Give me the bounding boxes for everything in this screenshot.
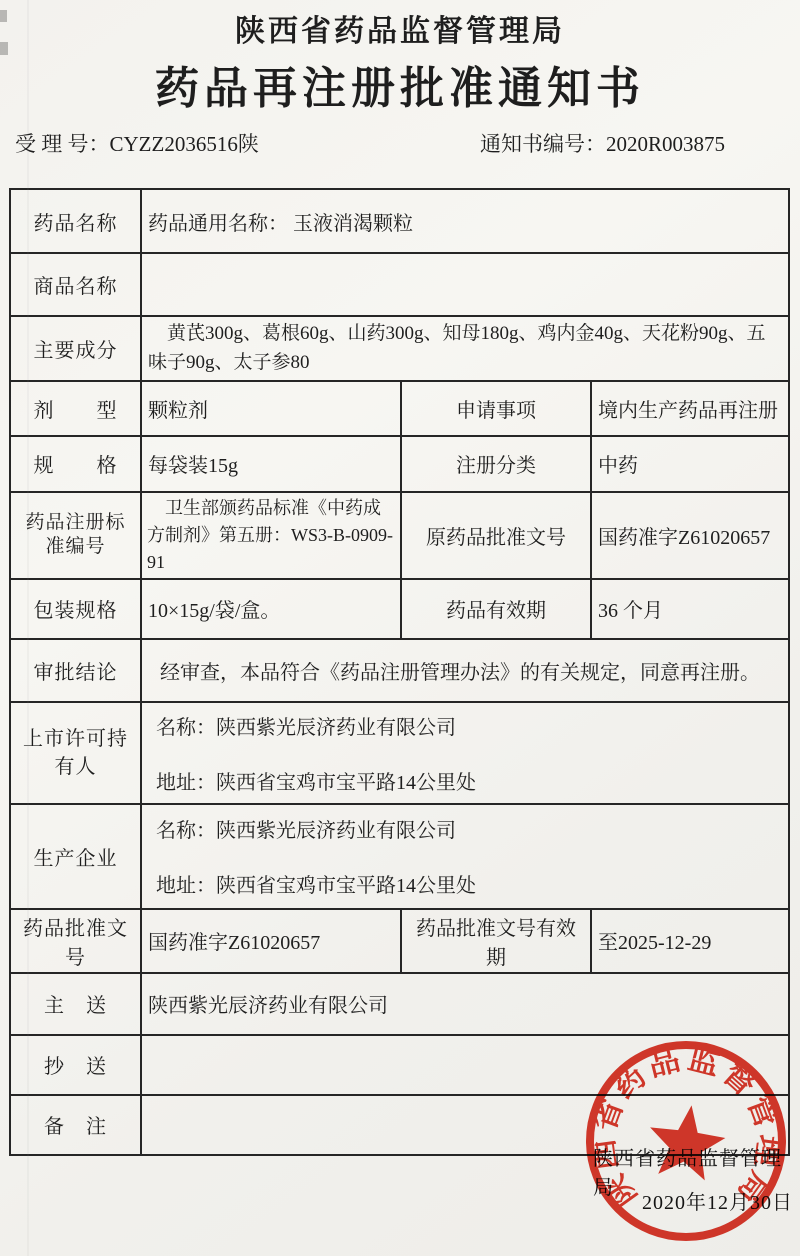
row-label-conclusion: 审批结论 (10, 639, 141, 702)
row-label-trade-name: 商品名称 (10, 253, 141, 316)
main-recipient-value: 陕西紫光辰济药业有限公司 (141, 973, 789, 1035)
row-label-specification: 规 格 (10, 436, 141, 492)
registration-class-value: 中药 (591, 436, 789, 492)
table-row: 规 格 每袋装15g 注册分类 中药 (10, 436, 789, 492)
scan-edge-shade (27, 0, 29, 1256)
row-label-standard-no: 药品注册标准编号 (10, 492, 141, 579)
document-page: 陕西省药品监督管理局 药品再注册批准通知书 受 理 号：CYZZ2036516陕… (0, 0, 800, 1256)
scan-artifact (0, 10, 7, 22)
table-row: 包装规格 10×15g/袋/盒。 药品有效期 36 个月 (10, 579, 789, 639)
application-item-value: 境内生产药品再注册 (591, 381, 789, 436)
seal-star-icon (644, 1100, 729, 1182)
table-row: 药品注册标准编号 卫生部颁药品标准《中药成方制剂》第五册：WS3-B-0909-… (10, 492, 789, 579)
row-label-copy-recipient: 抄 送 (10, 1035, 141, 1095)
official-seal: 陕西省药品监督管理局 (574, 1029, 798, 1253)
ingredients-cell: 黄芪300g、葛根60g、山药300g、知母180g、鸡内金40g、天花粉90g… (141, 316, 789, 381)
trade-name-value (141, 253, 789, 316)
table-row: 主要成分 黄芪300g、葛根60g、山药300g、知母180g、鸡内金40g、天… (10, 316, 789, 381)
table-row: 主 送 陕西紫光辰济药业有限公司 (10, 973, 789, 1035)
notice-number: 通知书编号：2020R003875 (480, 128, 725, 158)
table-row: 上市许可持有人 名称：陕西紫光辰济药业有限公司 地址：陕西省宝鸡市宝平路14公里… (10, 702, 789, 804)
approval-table: 药品名称 药品通用名称： 玉液消渴颗粒 商品名称 主要成分 黄芪300g、葛根6… (9, 188, 790, 1156)
original-approval-no-value: 国药准字Z61020657 (591, 492, 789, 579)
specification-value: 每袋装15g (141, 436, 401, 492)
acceptance-value: CYZZ2036516陕 (110, 132, 259, 156)
license-holder-cell: 名称：陕西紫光辰济药业有限公司 地址：陕西省宝鸡市宝平路14公里处 (141, 702, 789, 804)
row-label-original-approval-no: 原药品批准文号 (401, 492, 591, 579)
conclusion-value: 经审查，本品符合《药品注册管理办法》的有关规定，同意再注册。 (141, 639, 789, 702)
acceptance-number: 受 理 号：CYZZ2036516陕 (15, 128, 259, 158)
row-label-main-recipient: 主 送 (10, 973, 141, 1035)
standard-no-cell: 卫生部颁药品标准《中药成方制剂》第五册：WS3-B-0909-91 (141, 492, 401, 579)
row-label-ingredients: 主要成分 (10, 316, 141, 381)
scan-artifact (0, 42, 8, 55)
manufacturer-address: 地址：陕西省宝鸡市宝平路14公里处 (148, 869, 782, 898)
approval-no-validity-value: 至2025-12-29 (591, 909, 789, 973)
approval-no-value: 国药准字Z61020657 (141, 909, 401, 973)
manufacturer-name: 名称：陕西紫光辰济药业有限公司 (148, 814, 782, 843)
row-label-application-item: 申请事项 (401, 381, 591, 436)
row-label-package-spec: 包装规格 (10, 579, 141, 639)
validity-value: 36 个月 (591, 579, 789, 639)
row-label-drug-name: 药品名称 (10, 189, 141, 253)
table-row: 药品批准文号 国药准字Z61020657 药品批准文号有效期 至2025-12-… (10, 909, 789, 973)
table-row: 生产企业 名称：陕西紫光辰济药业有限公司 地址：陕西省宝鸡市宝平路14公里处 (10, 804, 789, 909)
table-row: 审批结论 经审查，本品符合《药品注册管理办法》的有关规定，同意再注册。 (10, 639, 789, 702)
acceptance-label: 受 理 号： (15, 132, 110, 156)
row-label-manufacturer: 生产企业 (10, 804, 141, 909)
issuing-org-header: 陕西省药品监督管理局 (0, 6, 800, 50)
license-holder-name: 名称：陕西紫光辰济药业有限公司 (148, 711, 782, 740)
package-spec-value: 10×15g/袋/盒。 (141, 579, 401, 639)
row-label-remarks: 备 注 (10, 1095, 141, 1155)
ingredients-value: 黄芪300g、葛根60g、山药300g、知母180g、鸡内金40g、天花粉90g… (146, 319, 784, 378)
row-label-dosage-form: 剂 型 (10, 381, 141, 436)
row-label-approval-no: 药品批准文号 (10, 909, 141, 973)
table-row: 药品名称 药品通用名称： 玉液消渴颗粒 (10, 189, 789, 253)
license-holder-address: 地址：陕西省宝鸡市宝平路14公里处 (148, 766, 782, 795)
row-label-validity: 药品有效期 (401, 579, 591, 639)
dosage-form-value: 颗粒剂 (141, 381, 401, 436)
document-title: 药品再注册批准通知书 (0, 52, 800, 116)
drug-generic-name: 药品通用名称： 玉液消渴颗粒 (141, 189, 789, 253)
notice-label: 通知书编号： (480, 132, 606, 156)
row-label-approval-no-validity: 药品批准文号有效期 (401, 909, 591, 973)
row-label-license-holder: 上市许可持有人 (10, 702, 141, 804)
notice-value: 2020R003875 (606, 132, 725, 156)
manufacturer-cell: 名称：陕西紫光辰济药业有限公司 地址：陕西省宝鸡市宝平路14公里处 (141, 804, 789, 909)
table-row: 剂 型 颗粒剂 申请事项 境内生产药品再注册 (10, 381, 789, 436)
table-row: 商品名称 (10, 253, 789, 316)
row-label-registration-class: 注册分类 (401, 436, 591, 492)
standard-no-value: 卫生部颁药品标准《中药成方制剂》第五册：WS3-B-0909-91 (145, 495, 397, 576)
